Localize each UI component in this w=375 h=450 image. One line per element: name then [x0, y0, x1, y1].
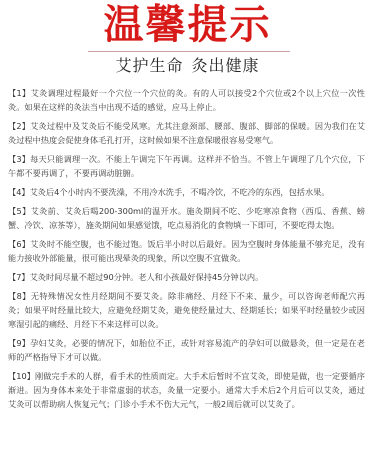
tip-number: 【5】: [8, 206, 31, 216]
tip-number: 【9】: [8, 338, 30, 348]
tip-item-9: 【9】孕妇艾灸，必要的情况下，如胎位不正，或针对容易流产的孕妇可以做悬灸，但一定…: [8, 336, 365, 364]
tip-text: 艾灸时不能空腹，也不能过饱。饭后半小时以后最好。因为空腹时身体能量不够充足，没有…: [8, 239, 365, 263]
tip-number: 【2】: [8, 121, 30, 131]
tip-item-3: 【3】每天只能调理一次。不能上午调完下午再调。这样并不恰当。不管上午调理了几个穴…: [8, 152, 365, 180]
tip-text: 艾灸时间尽量不超过90分钟。老人和小孩最好保持45分钟以内。: [30, 272, 264, 282]
tip-text: 每天只能调理一次。不能上午调完下午再调。这样并不恰当。不管上午调理了几个穴位，下…: [8, 154, 365, 178]
tip-text: 艾灸后4个小时内不要洗澡，不用冷水洗手，不喝冷饮，不吃冷的东西，包括水果。: [30, 187, 330, 197]
tip-text: 艾灸调理过程最好一个穴位一个穴位的灸。有的人可以接受2个穴位或2个以上穴位一次性…: [8, 88, 365, 112]
tip-number: 【6】: [8, 239, 30, 249]
tip-number: 【1】: [8, 88, 31, 98]
tip-text: 无特殊情况女性月经期间不要艾灸。除非痛经、月经下不来、量少，可以咨询老师配穴再灸…: [8, 291, 365, 329]
tip-number: 【3】: [8, 154, 30, 164]
header: 温馨提示 艾护生命灸出健康: [0, 0, 375, 78]
tip-item-1: 【1】艾灸调理过程最好一个穴位一个穴位的灸。有的人可以接受2个穴位或2个以上穴位…: [8, 86, 365, 114]
subtitle-right: 灸出健康: [192, 56, 260, 76]
subtitle-left: 艾护生命: [115, 56, 183, 76]
subtitle: 艾护生命灸出健康: [0, 56, 375, 76]
tip-number: 【7】: [8, 272, 30, 282]
tip-text: 艾灸前、艾灸后喝200-300ml的温开水。施灸期间不吃、少吃寒凉食物（西瓜、香…: [8, 206, 365, 230]
tip-number: 【10】: [8, 371, 35, 381]
tip-number: 【8】: [8, 291, 31, 301]
tip-item-4: 【4】艾灸后4个小时内不要洗澡，不用冷水洗手，不喝冷饮，不吃冷的东西，包括水果。: [8, 185, 365, 199]
tip-text: 孕妇艾灸，必要的情况下，如胎位不正，或针对容易流产的孕妇可以做悬灸，但一定是在老…: [8, 338, 365, 362]
tip-number: 【4】: [8, 187, 30, 197]
tip-text: 刚做完手术的人群，看手术的性质而定。大手术后暂时不宜艾灸，即使是做，也一定要循序…: [8, 371, 365, 409]
title-divider: [88, 51, 290, 52]
tips-list: 【1】艾灸调理过程最好一个穴位一个穴位的灸。有的人可以接受2个穴位或2个以上穴位…: [0, 86, 375, 416]
tip-item-2: 【2】艾灸过程中及艾灸后不能受风寒。尤其注意颈部、腰部、腹部、脚部的保暖。因为我…: [8, 119, 365, 147]
tip-item-8: 【8】无特殊情况女性月经期间不要艾灸。除非痛经、月经下不来、量少，可以咨询老师配…: [8, 289, 365, 331]
tip-text: 艾灸过程中及艾灸后不能受风寒。尤其注意颈部、腰部、腹部、脚部的保暖。因为我们在艾…: [8, 121, 365, 145]
tip-item-5: 【5】艾灸前、艾灸后喝200-300ml的温开水。施灸期间不吃、少吃寒凉食物（西…: [8, 204, 365, 232]
tip-item-7: 【7】艾灸时间尽量不超过90分钟。老人和小孩最好保持45分钟以内。: [8, 270, 365, 284]
page-title: 温馨提示: [0, 2, 375, 48]
tip-item-6: 【6】艾灸时不能空腹，也不能过饱。饭后半小时以后最好。因为空腹时身体能量不够充足…: [8, 237, 365, 265]
tip-item-10: 【10】刚做完手术的人群，看手术的性质而定。大手术后暂时不宜艾灸，即使是做，也一…: [8, 369, 365, 411]
